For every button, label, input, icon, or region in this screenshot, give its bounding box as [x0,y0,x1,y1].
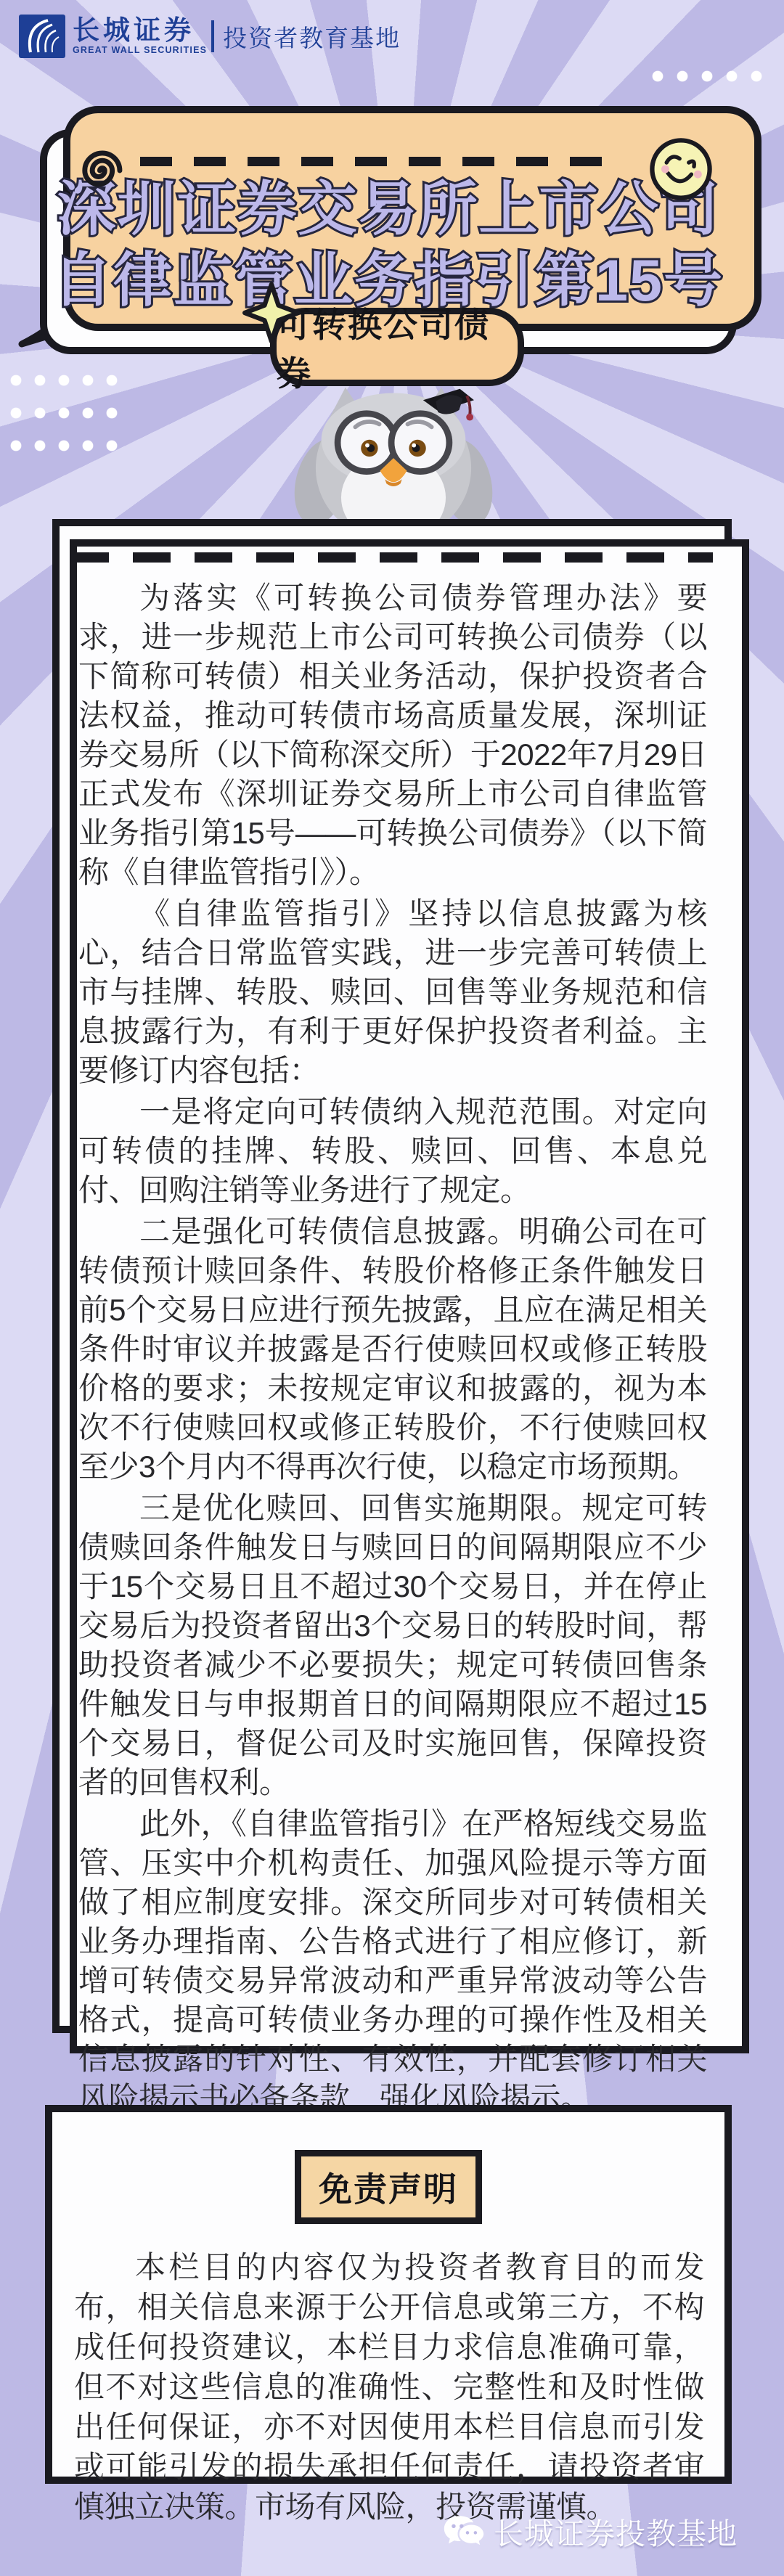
poster-title-line1: 深圳证券交易所上市公司 [47,174,730,245]
dots-decoration-left [10,375,130,462]
brand-suffix: 投资者教育基地 [223,20,401,54]
article-paragraph: 二是强化可转债信息披露。明确公司在可转债预计赎回条件、转股价格修正条件触发日前5… [78,1212,707,1487]
sparkle-icon [242,282,301,344]
article-paragraph: 一是将定向可转债纳入规范范围。对定向可转债的挂牌、转股、赎回、回售、本息兑付、回… [78,1092,707,1210]
article-paragraph: 为落实《可转换公司债券管理办法》要求，进一步规范上市公司可转换公司债券（以下简称… [78,578,707,892]
subtitle-badge: 可转换公司债券 [270,308,524,386]
brand-divider [211,20,214,52]
dashed-divider [140,157,621,166]
disclaimer-card: 免责声明 本栏目的内容仅为投资者教育目的而发布，相关信息来源于公开信息或第三方，… [45,2105,732,2484]
wink-smiley-icon [648,136,714,202]
footer: 长城证券投教基地 [443,2510,738,2553]
poster-title: 深圳证券交易所上市公司 自律监管业务指引第15号 [47,174,730,316]
article-card: 为落实《可转换公司债券管理办法》要求，进一步规范上市公司可转换公司债券（以下简称… [52,519,732,2033]
brand-name-cn: 长城证券 [73,17,207,44]
poster-page: 长城证券 GREAT WALL SECURITIES 投资者教育基地 深圳证券交… [0,0,784,2576]
disclaimer-text: 本栏目的内容仅为投资者教育目的而发布，相关信息来源于公开信息或第三方，不构成任何… [52,2224,724,2527]
article-paragraph: 此外，《自律监管指引》在严格短线交易监管、压实中介机构责任、加强风险提示等方面做… [78,1804,707,2118]
footer-label: 长城证券投教基地 [494,2510,738,2553]
article-paragraph: 《自律监管指引》坚持以信息披露为核心，结合日常监管实践，进一步完善可转债上市与挂… [78,894,707,1090]
dashed-divider [71,552,713,563]
article-paragraph: 三是优化赎回、回售实施期限。规定可转债赎回条件触发日与赎回日的间隔期限应不少于1… [78,1489,707,1802]
brand-header: 长城证券 GREAT WALL SECURITIES 投资者教育基地 [19,15,401,58]
wechat-icon [443,2514,485,2549]
greatwall-logo-icon [19,15,65,58]
disclaimer-title-box: 免责声明 [295,2150,482,2224]
article-body: 为落实《可转换公司债券管理办法》要求，进一步规范上市公司可转换公司债券（以下简称… [60,563,724,2118]
spiral-icon [66,139,128,202]
brand-name-en: GREAT WALL SECURITIES [73,44,207,56]
dots-decoration-top [652,70,775,83]
